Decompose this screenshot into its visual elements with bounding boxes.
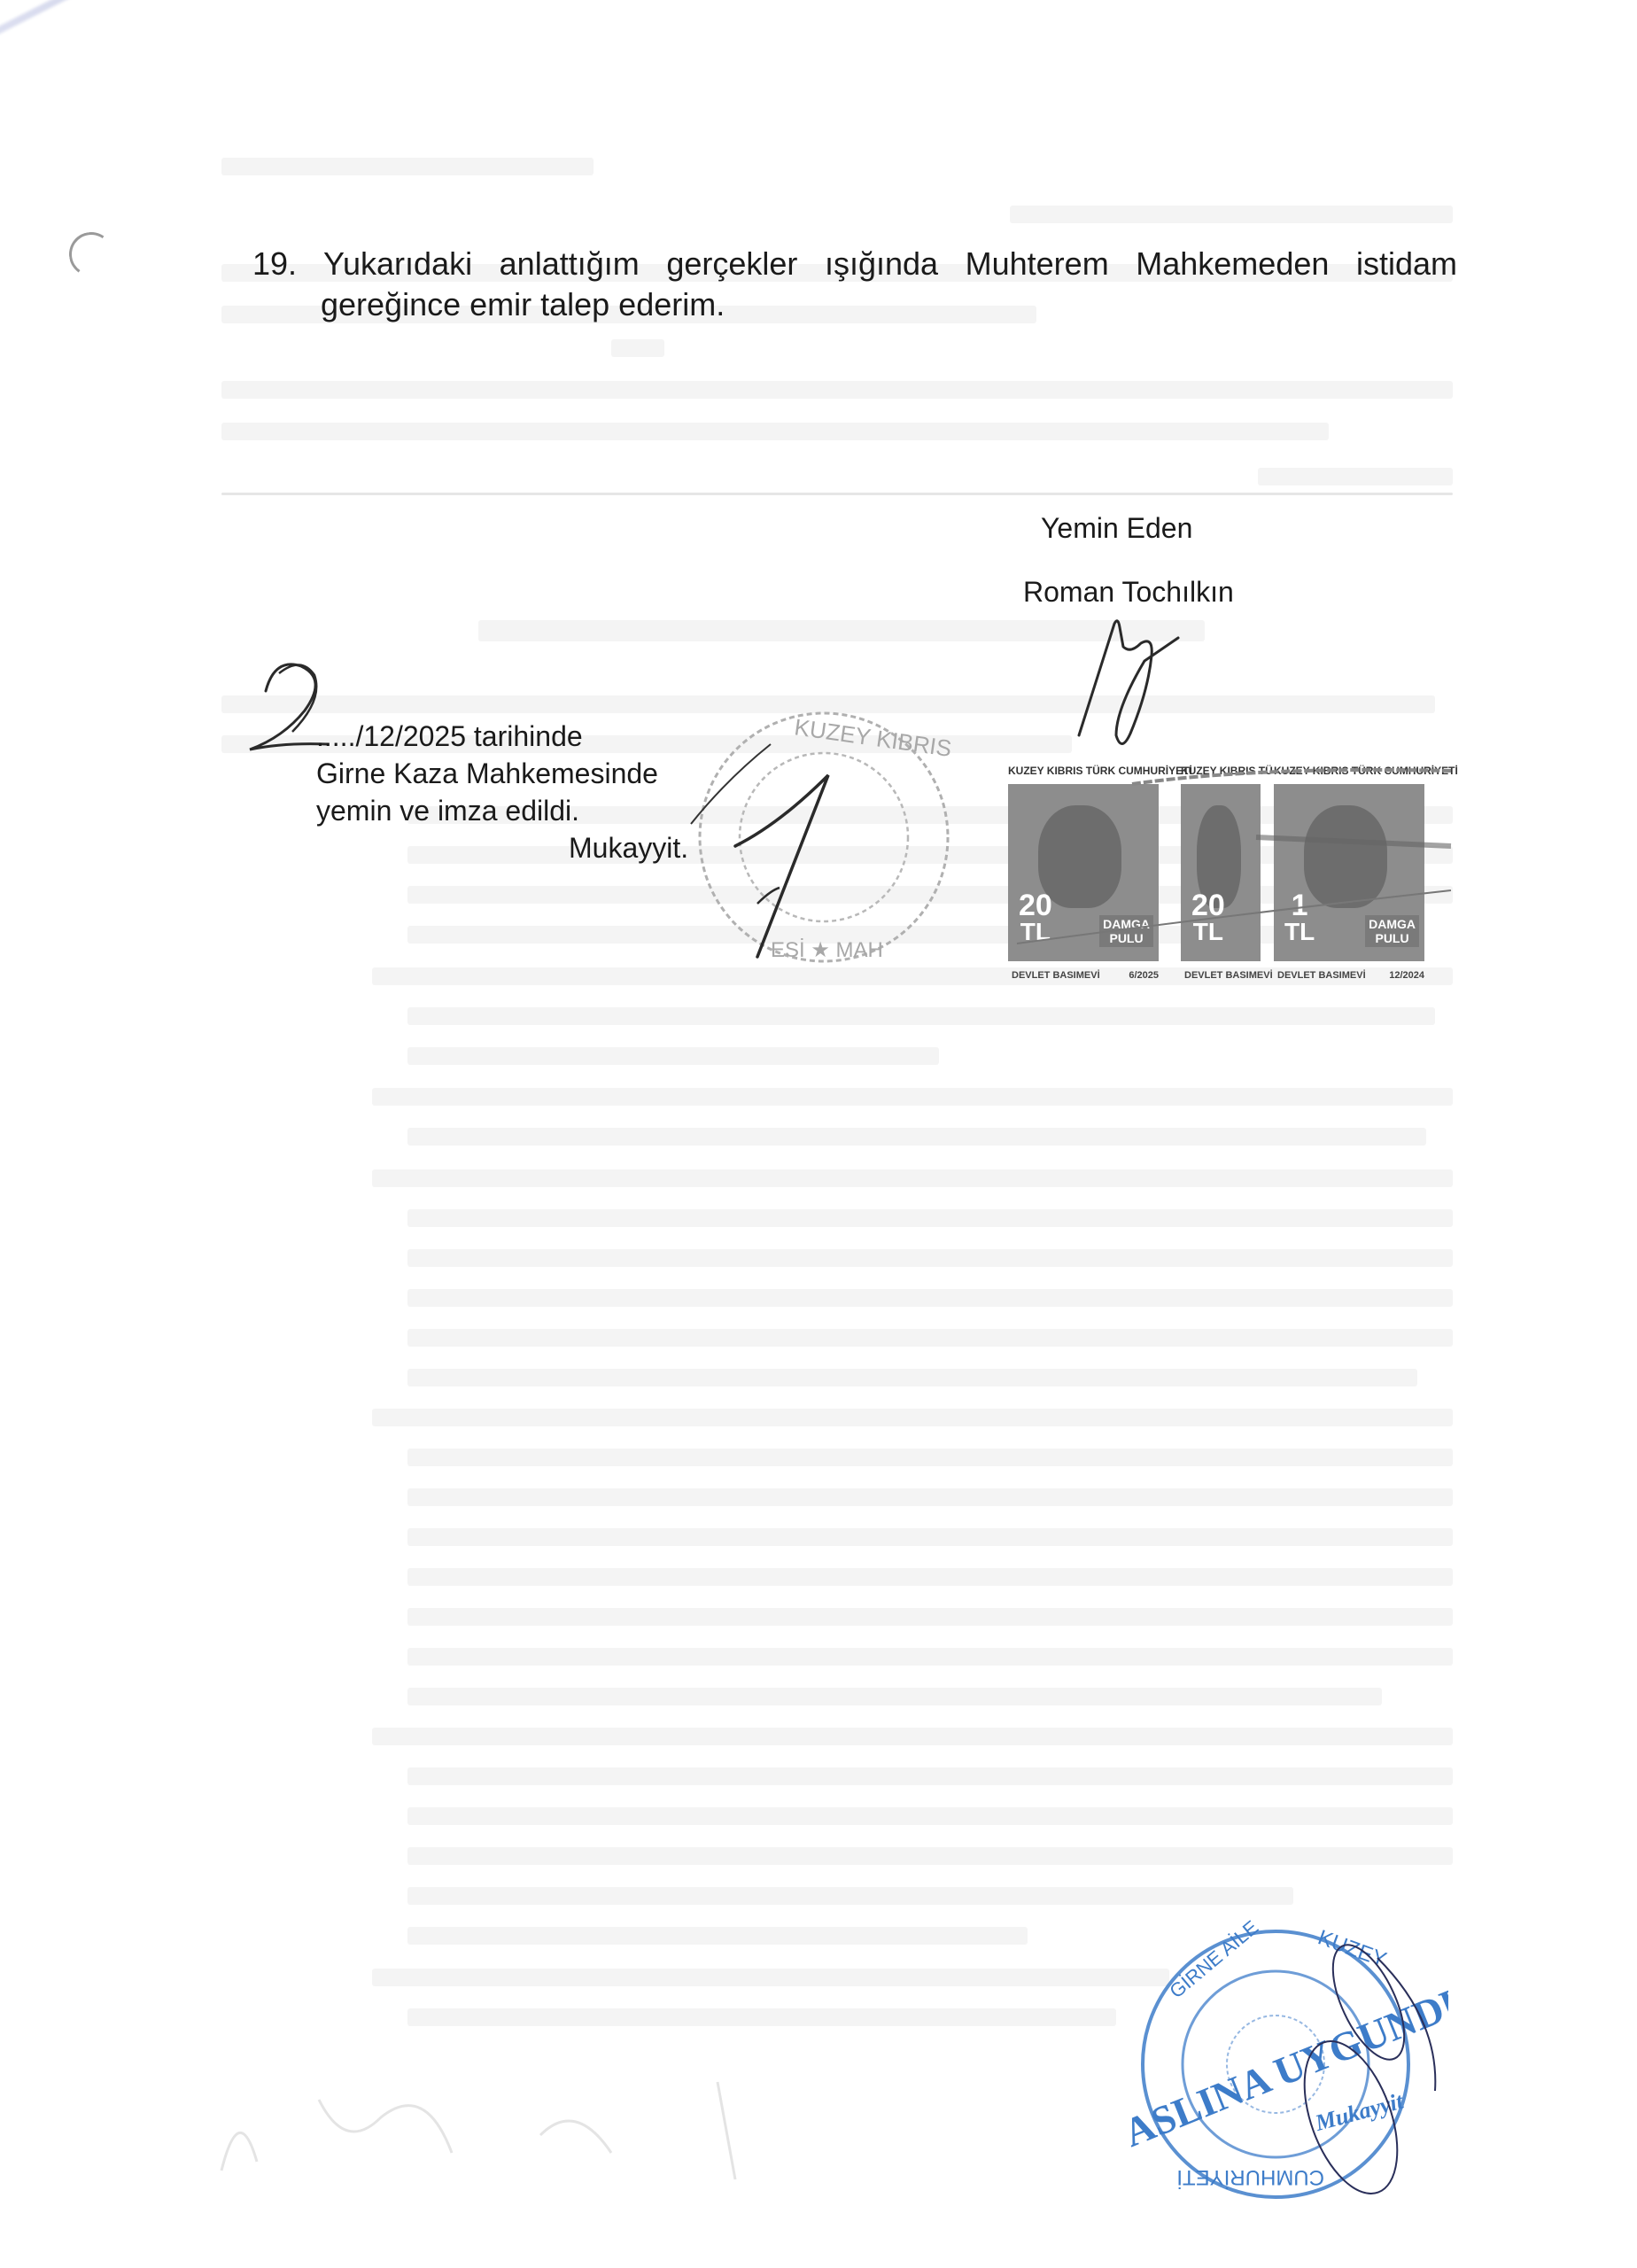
faint-reverse-signatures [204, 2064, 824, 2188]
sworn-court: Girne Kaza Mahkemesinde [316, 755, 688, 792]
paragraph-text-line-1: Yukarıdaki anlattığım gerçekler ışığında… [323, 245, 1457, 282]
svg-text:KUZEY: KUZEY [1315, 1925, 1389, 1972]
certification-seal: GİRNE AİLE KUZEY CUMHURİYETİ ASLINA UYGU… [1085, 1887, 1448, 2206]
deponent-signature [1045, 611, 1222, 753]
svg-text:GİRNE AİLE: GİRNE AİLE [1165, 1916, 1262, 2003]
svg-text:ASLINA UYGUNDUR: ASLINA UYGUNDUR [1117, 1963, 1448, 2155]
cancellation-marks [990, 757, 1469, 997]
paragraph-number: 19. [252, 245, 297, 282]
deponent-name: Roman Tochılkın [1023, 576, 1234, 609]
paragraph-19: 19. Yukarıdaki anlattığım gerçekler ışığ… [252, 244, 1457, 325]
registrar-label: Mukayyit. [316, 829, 688, 866]
svg-text:KUZEY KIBRIS: KUZEY KIBRIS [793, 713, 953, 762]
deponent-label: Yemin Eden [1041, 512, 1192, 545]
svg-text:ESİ ★ MAH: ESİ ★ MAH [771, 938, 883, 962]
svg-text:CUMHURİYETİ: CUMHURİYETİ [1176, 2165, 1324, 2189]
revenue-stamps: KUZEY KIBRIS TÜRK CUMHURİYETİ 20TL DAMGA… [990, 757, 1469, 997]
page-fold-shadow [0, 0, 280, 60]
sworn-line: yemin ve imza edildi. [316, 792, 688, 829]
sworn-date: ...../12/2025 tarihinde [316, 718, 688, 755]
punch-hole-mark [66, 229, 117, 280]
sworn-statement-block: ...../12/2025 tarihinde Girne Kaza Mahke… [316, 718, 688, 866]
paragraph-text-line-2: gereğince emir talep ederim. [252, 284, 1457, 325]
court-seal: KUZEY KIBRIS ESİ ★ MAH [673, 691, 966, 975]
